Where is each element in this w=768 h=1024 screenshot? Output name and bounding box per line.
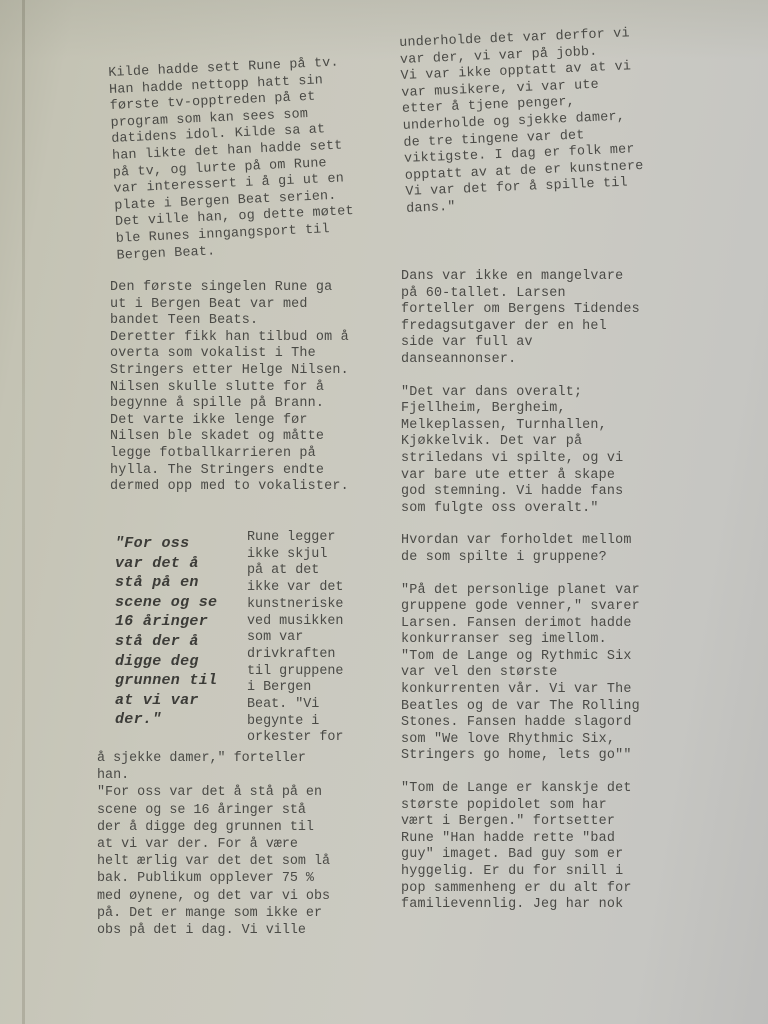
- text-line: var det å: [115, 554, 217, 574]
- text-line: scene og se: [115, 593, 217, 613]
- text-line: som fulgte oss overalt.": [401, 501, 640, 518]
- text-line: der.": [115, 710, 217, 730]
- text-line: dermed opp med to vokalister.: [110, 479, 349, 496]
- text-line: Nilsen skulle slutte for å: [110, 380, 349, 397]
- paragraph: "Det var dans overalt;Fjellheim, Berghei…: [401, 385, 640, 518]
- text-line: hylla. The Stringers endte: [110, 463, 349, 480]
- text-line: Beatles og de var The Rolling: [401, 699, 640, 716]
- text-line: Deretter fikk han tilbud om å: [110, 330, 349, 347]
- text-line: ut i Bergen Beat var med: [110, 297, 349, 314]
- text-line: ikke var det: [247, 580, 343, 597]
- text-line: "Tom de Lange er kanskje det: [401, 781, 640, 798]
- text-line: vært i Bergen." fortsetter: [401, 814, 640, 831]
- text-line: konkurrenten vår. Vi var The: [401, 682, 640, 699]
- text-line: gruppene gode venner," svarer: [401, 599, 640, 616]
- text-line: i Bergen: [247, 680, 343, 697]
- text-line: stå der å: [115, 632, 217, 652]
- left-column-bottom: å sjekke damer," fortellerhan."For oss v…: [97, 750, 330, 939]
- text-line: pop sammenheng er du alt for: [401, 881, 640, 898]
- text-line: grunnen til: [115, 671, 217, 691]
- text-line: drivkraften: [247, 647, 343, 664]
- right-column-top: underholde det var derfor vivar der, vi …: [399, 26, 645, 218]
- text-line: helt ærlig var det det som lå: [97, 853, 330, 870]
- text-line: "For oss: [115, 534, 217, 554]
- text-line: Melkeplassen, Turnhallen,: [401, 418, 640, 435]
- text-line: stå på en: [115, 573, 217, 593]
- text-line: var bare ute etter å skape: [401, 468, 640, 485]
- text-line: overta som vokalist i The: [110, 346, 349, 363]
- text-line: "For oss var det å stå på en: [97, 784, 330, 801]
- text-line: scene og se 16 åringer stå: [97, 802, 330, 819]
- text-line: ikke skjul: [247, 547, 343, 564]
- text-line: Rune legger: [247, 530, 343, 547]
- text-line: konkurranser seg imellom.: [401, 632, 640, 649]
- page-shadow: [0, 0, 768, 60]
- text-line: som var: [247, 630, 343, 647]
- text-line: Stones. Fansen hadde slagord: [401, 715, 640, 732]
- pull-quote: "For ossvar det åstå på enscene og se16 …: [115, 534, 217, 730]
- text-line: Nilsen ble skadet og måtte: [110, 429, 349, 446]
- left-column-intro: Kilde hadde sett Rune på tv.Han hadde ne…: [108, 55, 356, 265]
- text-line: Kjøkkelvik. Det var på: [401, 434, 640, 451]
- paragraph-gap: [401, 765, 640, 781]
- text-line: på at det: [247, 563, 343, 580]
- paragraph-gap: [401, 517, 640, 533]
- text-line: Larsen. Fansen derimot hadde: [401, 616, 640, 633]
- text-line: guy" imaget. Bad guy som er: [401, 847, 640, 864]
- text-line: Beat. "Vi: [247, 697, 343, 714]
- text-line: at vi var der. For å være: [97, 836, 330, 853]
- text-line: bak. Publikum opplever 75 %: [97, 870, 330, 887]
- text-line: striledans vi spilte, og vi: [401, 451, 640, 468]
- right-column-paragraphs: Dans var ikke en mangelvarepå 60-tallet.…: [401, 269, 640, 914]
- text-line: Det varte ikke lenge før: [110, 413, 349, 430]
- text-line: på 60-tallet. Larsen: [401, 286, 640, 303]
- text-line: han.: [97, 767, 330, 784]
- paragraph: "Tom de Lange er kanskje detstørste popi…: [401, 781, 640, 914]
- text-line: Stringers go home, lets go"": [401, 748, 640, 765]
- text-line: danseannonser.: [401, 352, 640, 369]
- text-line: Dans var ikke en mangelvare: [401, 269, 640, 286]
- paragraph-gap: [401, 369, 640, 385]
- left-column-body: Den første singelen Rune gaut i Bergen B…: [110, 280, 349, 496]
- side-text: Rune leggerikke skjulpå at detikke var d…: [247, 530, 343, 747]
- text-line: som "We love Rhythmic Six,: [401, 732, 640, 749]
- scanned-page: Kilde hadde sett Rune på tv.Han hadde ne…: [0, 0, 768, 1024]
- text-line: 16 åringer: [115, 612, 217, 632]
- text-line: forteller om Bergens Tidendes: [401, 302, 640, 319]
- text-line: Den første singelen Rune ga: [110, 280, 349, 297]
- text-line: legge fotballkarrieren på: [110, 446, 349, 463]
- text-line: Rune "Han hadde rette "bad: [401, 831, 640, 848]
- text-line: begynte i: [247, 714, 343, 731]
- paragraph: Hvordan var forholdet mellomde som spilt…: [401, 533, 640, 566]
- text-line: Hvordan var forholdet mellom: [401, 533, 640, 550]
- text-line: til gruppene: [247, 664, 343, 681]
- text-line: at vi var: [115, 691, 217, 711]
- paragraph: Dans var ikke en mangelvarepå 60-tallet.…: [401, 269, 640, 369]
- text-line: der å digge deg grunnen til: [97, 819, 330, 836]
- text-line: ved musikken: [247, 614, 343, 631]
- text-line: kunstneriske: [247, 597, 343, 614]
- text-line: "Tom de Lange og Rythmic Six: [401, 649, 640, 666]
- text-line: digge deg: [115, 652, 217, 672]
- text-line: side var full av: [401, 335, 640, 352]
- text-line: Stringers etter Helge Nilsen.: [110, 363, 349, 380]
- text-line: obs på det i dag. Vi ville: [97, 922, 330, 939]
- text-line: "På det personlige planet var: [401, 583, 640, 600]
- text-line: hyggelig. Er du for snill i: [401, 864, 640, 881]
- paragraph-gap: [401, 567, 640, 583]
- text-line: "Det var dans overalt;: [401, 385, 640, 402]
- text-line: med øynene, og det var vi obs: [97, 888, 330, 905]
- text-line: orkester for: [247, 730, 343, 747]
- text-line: god stemning. Vi hadde fans: [401, 484, 640, 501]
- text-line: begynne å spille på Brann.: [110, 396, 349, 413]
- text-line: de som spilte i gruppene?: [401, 550, 640, 567]
- text-line: Fjellheim, Bergheim,: [401, 401, 640, 418]
- text-line: største popidolet som har: [401, 798, 640, 815]
- text-line: familievennlig. Jeg har nok: [401, 897, 640, 914]
- text-line: på. Det er mange som ikke er: [97, 905, 330, 922]
- text-line: fredagsutgaver der en hel: [401, 319, 640, 336]
- binding-spine: [22, 0, 25, 1024]
- text-line: var vel den største: [401, 665, 640, 682]
- text-line: å sjekke damer," forteller: [97, 750, 330, 767]
- paragraph: "På det personlige planet vargruppene go…: [401, 583, 640, 766]
- text-line: bandet Teen Beats.: [110, 313, 349, 330]
